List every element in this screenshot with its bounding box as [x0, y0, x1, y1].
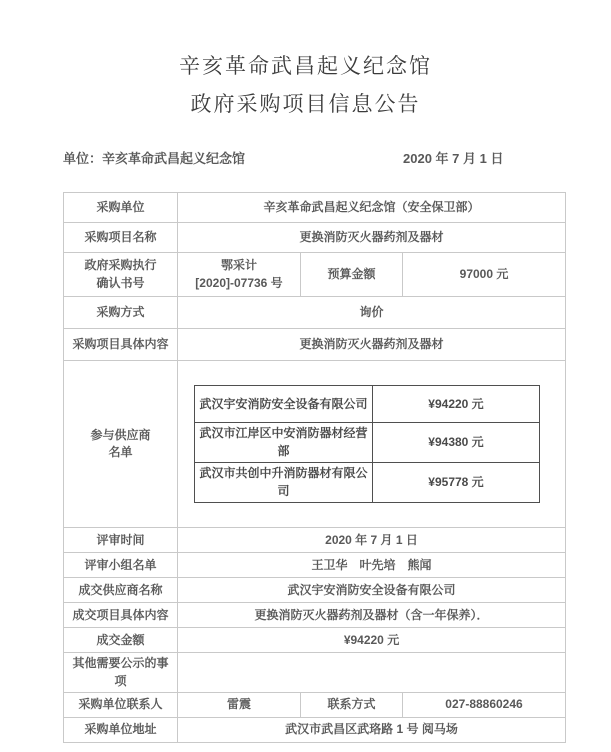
row-confirm-no: 政府采购执行 确认书号 鄂采计 [2020]-07736 号 预算金额 9700… — [64, 253, 566, 297]
budget-value: 97000 元 — [403, 253, 566, 297]
purchasing-unit-value: 辛亥革命武昌起义纪念馆（安全保卫部） — [178, 193, 566, 223]
review-time-value: 2020 年 7 月 1 日 — [178, 528, 566, 553]
confirm-no-label: 政府采购执行 确认书号 — [64, 253, 178, 297]
method-label: 采购方式 — [64, 297, 178, 329]
announcement-page: 辛亥革命武昌起义纪念馆 政府采购项目信息公告 单位：辛亥革命武昌起义纪念馆 20… — [0, 0, 611, 752]
supplier-name: 武汉宇安消防安全设备有限公司 — [195, 386, 373, 423]
row-deal-detail: 成交项目具体内容 更换消防灭火器药剂及器材（含一年保养）． — [64, 603, 566, 628]
review-time-label: 评审时间 — [64, 528, 178, 553]
supplier-name: 武汉市江岸区中安消防器材经营部 — [195, 423, 373, 463]
row-method: 采购方式 询价 — [64, 297, 566, 329]
other-items-label: 其他需要公示的事项 — [64, 653, 178, 693]
supplier-name: 武汉市共创中升消防器材有限公司 — [195, 463, 373, 503]
page-title-line2: 政府采购项目信息公告 — [0, 88, 611, 118]
winning-supplier-value: 武汉宇安消防安全设备有限公司 — [178, 578, 566, 603]
row-deal-amount: 成交金额 ¥94220 元 — [64, 628, 566, 653]
supplier-row: 武汉宇安消防安全设备有限公司 ¥94220 元 — [195, 386, 540, 423]
supplier-price: ¥94220 元 — [373, 386, 540, 423]
purchasing-unit-label: 采购单位 — [64, 193, 178, 223]
project-detail-value: 更换消防灭火器药剂及器材 — [178, 329, 566, 361]
budget-label: 预算金额 — [301, 253, 403, 297]
deal-amount-value: ¥94220 元 — [178, 628, 566, 653]
row-project-detail: 采购项目具体内容 更换消防灭火器药剂及器材 — [64, 329, 566, 361]
winning-supplier-label: 成交供应商名称 — [64, 578, 178, 603]
project-name-label: 采购项目名称 — [64, 223, 178, 253]
row-purchasing-unit: 采购单位 辛亥革命武昌起义纪念馆（安全保卫部） — [64, 193, 566, 223]
other-items-value — [178, 653, 566, 693]
project-name-value: 更换消防灭火器药剂及器材 — [178, 223, 566, 253]
row-project-name: 采购项目名称 更换消防灭火器药剂及器材 — [64, 223, 566, 253]
supplier-row: 武汉市江岸区中安消防器材经营部 ¥94380 元 — [195, 423, 540, 463]
address-label: 采购单位地址 — [64, 718, 178, 743]
contact-label: 采购单位联系人 — [64, 693, 178, 718]
suppliers-table: 武汉宇安消防安全设备有限公司 ¥94220 元 武汉市江岸区中安消防器材经营部 … — [194, 385, 540, 503]
row-review-panel: 评审小组名单 王卫华 叶先培 熊闻 — [64, 553, 566, 578]
contact-method-label: 联系方式 — [301, 693, 403, 718]
suppliers-label: 参与供应商 名单 — [64, 361, 178, 528]
confirm-no-value: 鄂采计 [2020]-07736 号 — [178, 253, 301, 297]
procurement-table: 采购单位 辛亥革命武昌起义纪念馆（安全保卫部） 采购项目名称 更换消防灭火器药剂… — [63, 192, 566, 743]
address-value: 武汉市武昌区武珞路 1 号 阅马场 — [178, 718, 566, 743]
row-review-time: 评审时间 2020 年 7 月 1 日 — [64, 528, 566, 553]
supplier-price: ¥95778 元 — [373, 463, 540, 503]
meta-row: 单位：辛亥革命武昌起义纪念馆 2020 年 7 月 1 日 — [63, 148, 565, 166]
document-date: 2020 年 7 月 1 日 — [403, 148, 503, 167]
supplier-price: ¥94380 元 — [373, 423, 540, 463]
review-panel-value: 王卫华 叶先培 熊闻 — [178, 553, 566, 578]
page-title-line1: 辛亥革命武昌起义纪念馆 — [0, 50, 611, 80]
deal-detail-label: 成交项目具体内容 — [64, 603, 178, 628]
project-detail-label: 采购项目具体内容 — [64, 329, 178, 361]
contact-phone: 027-88860246 — [403, 693, 566, 718]
unit-label: 单位：辛亥革命武昌起义纪念馆 — [63, 148, 245, 167]
contact-name: 雷震 — [178, 693, 301, 718]
method-value: 询价 — [178, 297, 566, 329]
suppliers-cell: 武汉宇安消防安全设备有限公司 ¥94220 元 武汉市江岸区中安消防器材经营部 … — [178, 361, 566, 528]
row-other-items: 其他需要公示的事项 — [64, 653, 566, 693]
row-address: 采购单位地址 武汉市武昌区武珞路 1 号 阅马场 — [64, 718, 566, 743]
supplier-row: 武汉市共创中升消防器材有限公司 ¥95778 元 — [195, 463, 540, 503]
deal-detail-value: 更换消防灭火器药剂及器材（含一年保养）． — [178, 603, 566, 628]
row-winning-supplier: 成交供应商名称 武汉宇安消防安全设备有限公司 — [64, 578, 566, 603]
row-suppliers: 参与供应商 名单 武汉宇安消防安全设备有限公司 ¥94220 元 武汉市江岸区中… — [64, 361, 566, 528]
review-panel-label: 评审小组名单 — [64, 553, 178, 578]
deal-amount-label: 成交金额 — [64, 628, 178, 653]
row-contact: 采购单位联系人 雷震 联系方式 027-88860246 — [64, 693, 566, 718]
